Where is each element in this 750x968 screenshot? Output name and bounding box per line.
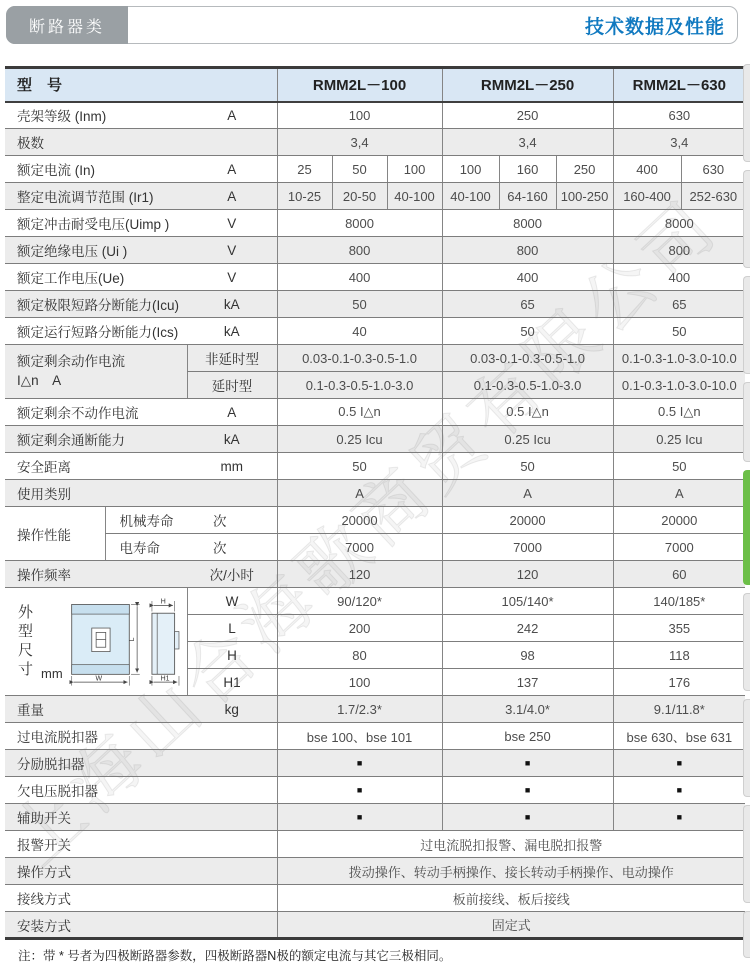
sub-row-label: 电寿命	[120, 537, 161, 557]
availability-mark: ■	[277, 750, 442, 777]
param-value: 400	[613, 264, 745, 291]
param-label-line1: 额定剩余动作电流	[17, 353, 185, 371]
row-poles: 极数 3,4 3,4 3,4	[5, 129, 745, 156]
param-value: 0.5 I△n	[442, 399, 613, 426]
param-unit	[187, 129, 277, 156]
param-value: 8000	[442, 210, 613, 237]
param-unit	[187, 804, 277, 831]
param-value: 250	[556, 156, 613, 183]
param-label: 额定工作电压(Ue)	[5, 264, 187, 291]
row-dim-w: 外型尺寸 mm	[5, 588, 745, 615]
row-safety-distance: 安全距离 mm 50 50 50	[5, 453, 745, 480]
side-tab	[743, 593, 750, 691]
param-label: 分励脱扣器	[5, 750, 187, 777]
param-value: 50	[277, 453, 442, 480]
sub-row-label: 机械寿命	[120, 510, 174, 530]
side-tab	[743, 170, 750, 268]
param-value: 3.1/4.0*	[442, 696, 613, 723]
param-label: 额定冲击耐受电压(Uimp )	[5, 210, 187, 237]
row-frame-level: 壳架等级 (Inm) A 100 250 630	[5, 102, 745, 129]
param-value: 20-50	[332, 183, 387, 210]
param-value: 355	[613, 615, 745, 642]
param-label: 辅助开关	[5, 804, 187, 831]
param-value: 800	[442, 237, 613, 264]
row-auxiliary-switch: 辅助开关 ■ ■ ■	[5, 804, 745, 831]
param-value: 630	[681, 156, 745, 183]
param-value: 50	[277, 291, 442, 318]
param-value: 176	[613, 669, 745, 696]
param-unit: kg	[187, 696, 277, 723]
param-value: 65	[613, 291, 745, 318]
param-value: 250	[442, 102, 613, 129]
param-value: 3,4	[442, 129, 613, 156]
param-value: 3,4	[613, 129, 745, 156]
param-value: 7000	[613, 534, 745, 561]
row-working-voltage: 额定工作电压(Ue) V 400 400 400	[5, 264, 745, 291]
dimensions-unit: mm	[41, 666, 63, 681]
row-mechanical-life: 操作性能 机械寿命 次 20000 20000 20000	[5, 507, 745, 534]
param-value: 0.03-0.1-0.3-0.5-1.0	[277, 345, 442, 372]
param-value: 40	[277, 318, 442, 345]
row-wiring-mode: 接线方式 板前接线、板后接线	[5, 885, 745, 912]
param-value: 固定式	[277, 912, 745, 939]
param-value: 8000	[613, 210, 745, 237]
param-value: 0.5 I△n	[613, 399, 745, 426]
param-value: 64-160	[499, 183, 556, 210]
param-label: 操作频率	[5, 561, 187, 588]
dim-row-label: L	[187, 615, 277, 642]
param-value: 118	[613, 642, 745, 669]
param-value: 0.25 Icu	[442, 426, 613, 453]
param-value: 拨动操作、转动手柄操作、接长转动手柄操作、电动操作	[277, 858, 745, 885]
param-value: 50	[442, 453, 613, 480]
param-label: 极数	[5, 129, 187, 156]
side-tab	[743, 699, 750, 797]
param-value: 100	[277, 669, 442, 696]
param-label: 额定剩余通断能力	[5, 426, 187, 453]
side-tab-active	[743, 470, 750, 585]
category-tab: 断路器类	[6, 6, 128, 44]
category-tab-label: 断路器类	[29, 14, 105, 37]
sub-row-unit: 次	[213, 510, 227, 530]
param-unit: A	[187, 102, 277, 129]
sub-row-label: 延时型	[187, 372, 277, 399]
row-overcurrent-release: 过电流脱扣器 bse 100、bse 101 bse 250 bse 630、b…	[5, 723, 745, 750]
availability-mark: ■	[277, 804, 442, 831]
param-unit	[187, 723, 277, 750]
param-unit: mm	[187, 453, 277, 480]
param-value: 0.25 Icu	[277, 426, 442, 453]
header-bar: 断路器类 技术数据及性能	[6, 6, 738, 44]
param-label: 额定剩余动作电流 I△n A	[5, 345, 187, 399]
dimensions-label: 外型尺寸	[14, 604, 35, 680]
param-unit: 次/小时	[187, 561, 277, 588]
spec-table: 型 号 RMM2L－100 RMM2L－250 RMM2L－630 壳架等级 (…	[5, 66, 745, 940]
param-value: 20000	[613, 507, 745, 534]
param-value: 0.1-0.3-1.0-3.0-10.0	[613, 345, 745, 372]
param-value: A	[613, 480, 745, 507]
row-residual-nondelay: 额定剩余动作电流 I△n A 非延时型 0.03-0.1-0.3-0.5-1.0…	[5, 345, 745, 372]
row-insulation-voltage: 额定绝缘电压 (Ui ) V 800 800 800	[5, 237, 745, 264]
param-value: 40-100	[387, 183, 442, 210]
param-label: 重量	[5, 696, 187, 723]
param-value: 20000	[442, 507, 613, 534]
row-installation-mode: 安装方式 固定式	[5, 912, 745, 939]
availability-mark: ■	[442, 750, 613, 777]
param-value: 20000	[277, 507, 442, 534]
param-label: 报警开关	[5, 831, 277, 858]
param-unit: V	[187, 237, 277, 264]
row-residual-non-operating: 额定剩余不动作电流 A 0.5 I△n 0.5 I△n 0.5 I△n	[5, 399, 745, 426]
param-value: 0.1-0.3-0.5-1.0-3.0	[442, 372, 613, 399]
param-unit: A	[187, 399, 277, 426]
param-value: 800	[613, 237, 745, 264]
param-unit: V	[187, 210, 277, 237]
param-label: 壳架等级 (Inm)	[5, 102, 187, 129]
param-value: 100	[442, 156, 499, 183]
param-unit: V	[187, 264, 277, 291]
param-value: 8000	[277, 210, 442, 237]
param-value: 800	[277, 237, 442, 264]
param-value: 80	[277, 642, 442, 669]
param-label: 安全距离	[5, 453, 187, 480]
param-value: 3,4	[277, 129, 442, 156]
param-unit: A	[187, 183, 277, 210]
row-undervoltage-release: 欠电压脱扣器 ■ ■ ■	[5, 777, 745, 804]
row-utilization-category: 使用类别 A A A	[5, 480, 745, 507]
param-unit	[187, 480, 277, 507]
dim-row-label: H	[187, 642, 277, 669]
param-value: 65	[442, 291, 613, 318]
param-label: 过电流脱扣器	[5, 723, 187, 750]
svg-text:W: W	[95, 675, 102, 682]
footnote: 注：带 * 号者为四极断路器参数，四极断路器N极的额定电流与其它三极相同。	[18, 946, 451, 964]
param-value: 252-630	[681, 183, 745, 210]
param-value: 9.1/11.8*	[613, 696, 745, 723]
breaker-outline-drawing: W L H H1	[63, 589, 187, 695]
param-value: 7000	[442, 534, 613, 561]
sub-row: 电寿命 次	[105, 534, 277, 561]
row-setting-range: 整定电流调节范围 (Ir1) A 10-25 20-50 40-100 40-1…	[5, 183, 745, 210]
param-value: 100	[387, 156, 442, 183]
param-value: 90/120*	[277, 588, 442, 615]
param-value: 400	[613, 156, 681, 183]
param-value: 242	[442, 615, 613, 642]
dimension-drawing-cell: 外型尺寸 mm	[5, 588, 187, 696]
param-label: 操作方式	[5, 858, 277, 885]
param-unit	[187, 750, 277, 777]
param-value: 400	[277, 264, 442, 291]
param-label: 安装方式	[5, 912, 277, 939]
row-weight: 重量 kg 1.7/2.3* 3.1/4.0* 9.1/11.8*	[5, 696, 745, 723]
param-value: 0.5 I△n	[277, 399, 442, 426]
param-value: 50	[613, 453, 745, 480]
param-unit	[187, 777, 277, 804]
param-value: 过电流脱扣报警、漏电脱扣报警	[277, 831, 745, 858]
row-alarm-switch: 报警开关 过电流脱扣报警、漏电脱扣报警	[5, 831, 745, 858]
param-value: 105/140*	[442, 588, 613, 615]
param-value: 60	[613, 561, 745, 588]
availability-mark: ■	[442, 804, 613, 831]
side-tab	[743, 911, 750, 958]
dim-row-label: H1	[187, 669, 277, 696]
side-tab	[743, 276, 750, 374]
side-tab	[743, 805, 750, 903]
page-title: 技术数据及性能	[585, 7, 725, 43]
row-shunt-release: 分励脱扣器 ■ ■ ■	[5, 750, 745, 777]
param-label: 接线方式	[5, 885, 277, 912]
svg-text:H1: H1	[160, 675, 169, 682]
svg-text:H: H	[160, 598, 165, 605]
row-impulse-voltage: 额定冲击耐受电压(Uimp ) V 8000 8000 8000	[5, 210, 745, 237]
param-value: 40-100	[442, 183, 499, 210]
availability-mark: ■	[613, 777, 745, 804]
param-value: 200	[277, 615, 442, 642]
availability-mark: ■	[613, 804, 745, 831]
param-label: 额定剩余不动作电流	[5, 399, 187, 426]
param-value: 7000	[277, 534, 442, 561]
param-unit: A	[187, 156, 277, 183]
model-header-label: 型 号	[5, 68, 277, 102]
param-value: 120	[442, 561, 613, 588]
row-rated-current: 额定电流 (In) A 25 50 100 100 160 250 400 63…	[5, 156, 745, 183]
param-value: 50	[332, 156, 387, 183]
param-unit: kA	[187, 291, 277, 318]
param-value: bse 250	[442, 723, 613, 750]
param-value: 0.1-0.3-1.0-3.0-10.0	[613, 372, 745, 399]
param-label: 操作性能	[5, 507, 105, 561]
sub-row: 机械寿命 次	[105, 507, 277, 534]
sub-row-unit: 次	[213, 537, 227, 557]
param-value: A	[277, 480, 442, 507]
param-value: A	[442, 480, 613, 507]
param-value: 0.1-0.3-0.5-1.0-3.0	[277, 372, 442, 399]
param-value: 10-25	[277, 183, 332, 210]
availability-mark: ■	[277, 777, 442, 804]
svg-text:L: L	[129, 637, 136, 641]
param-unit: kA	[187, 318, 277, 345]
model-name: RMM2L－250	[442, 68, 613, 102]
side-tab	[743, 64, 750, 162]
param-value: 140/185*	[613, 588, 745, 615]
param-value: 100-250	[556, 183, 613, 210]
param-label: 额定电流 (In)	[5, 156, 187, 183]
side-tab	[743, 382, 750, 462]
param-label: 额定绝缘电压 (Ui )	[5, 237, 187, 264]
param-value: bse 100、bse 101	[277, 723, 442, 750]
param-value: 137	[442, 669, 613, 696]
param-label-line2: I△n A	[17, 372, 185, 390]
param-unit: kA	[187, 426, 277, 453]
param-value: 160-400	[613, 183, 681, 210]
availability-mark: ■	[613, 750, 745, 777]
table-header-row: 型 号 RMM2L－100 RMM2L－250 RMM2L－630	[5, 68, 745, 102]
model-name: RMM2L－630	[613, 68, 745, 102]
dim-row-label: W	[187, 588, 277, 615]
row-ics: 额定运行短路分断能力(Ics) kA 40 50 50	[5, 318, 745, 345]
sub-row-label: 非延时型	[187, 345, 277, 372]
param-value: 0.03-0.1-0.3-0.5-1.0	[442, 345, 613, 372]
param-value: 100	[277, 102, 442, 129]
row-residual-breaking: 额定剩余通断能力 kA 0.25 Icu 0.25 Icu 0.25 Icu	[5, 426, 745, 453]
param-value: 98	[442, 642, 613, 669]
availability-mark: ■	[442, 777, 613, 804]
param-value: 25	[277, 156, 332, 183]
row-operation-mode: 操作方式 拨动操作、转动手柄操作、接长转动手柄操作、电动操作	[5, 858, 745, 885]
param-value: 160	[499, 156, 556, 183]
row-electrical-life: 电寿命 次 7000 7000 7000	[5, 534, 745, 561]
param-label: 整定电流调节范围 (Ir1)	[5, 183, 187, 210]
param-value: 50	[442, 318, 613, 345]
param-label: 额定极限短路分断能力(Icu)	[5, 291, 187, 318]
param-value: 0.25 Icu	[613, 426, 745, 453]
param-label: 欠电压脱扣器	[5, 777, 187, 804]
param-value: 1.7/2.3*	[277, 696, 442, 723]
param-value: 50	[613, 318, 745, 345]
param-label: 额定运行短路分断能力(Ics)	[5, 318, 187, 345]
param-value: 板前接线、板后接线	[277, 885, 745, 912]
model-name: RMM2L－100	[277, 68, 442, 102]
param-value: 400	[442, 264, 613, 291]
param-label: 使用类别	[5, 480, 187, 507]
row-icu: 额定极限短路分断能力(Icu) kA 50 65 65	[5, 291, 745, 318]
param-value: bse 630、bse 631	[613, 723, 745, 750]
param-value: 120	[277, 561, 442, 588]
row-operation-frequency: 操作频率 次/小时 120 120 60	[5, 561, 745, 588]
param-value: 630	[613, 102, 745, 129]
